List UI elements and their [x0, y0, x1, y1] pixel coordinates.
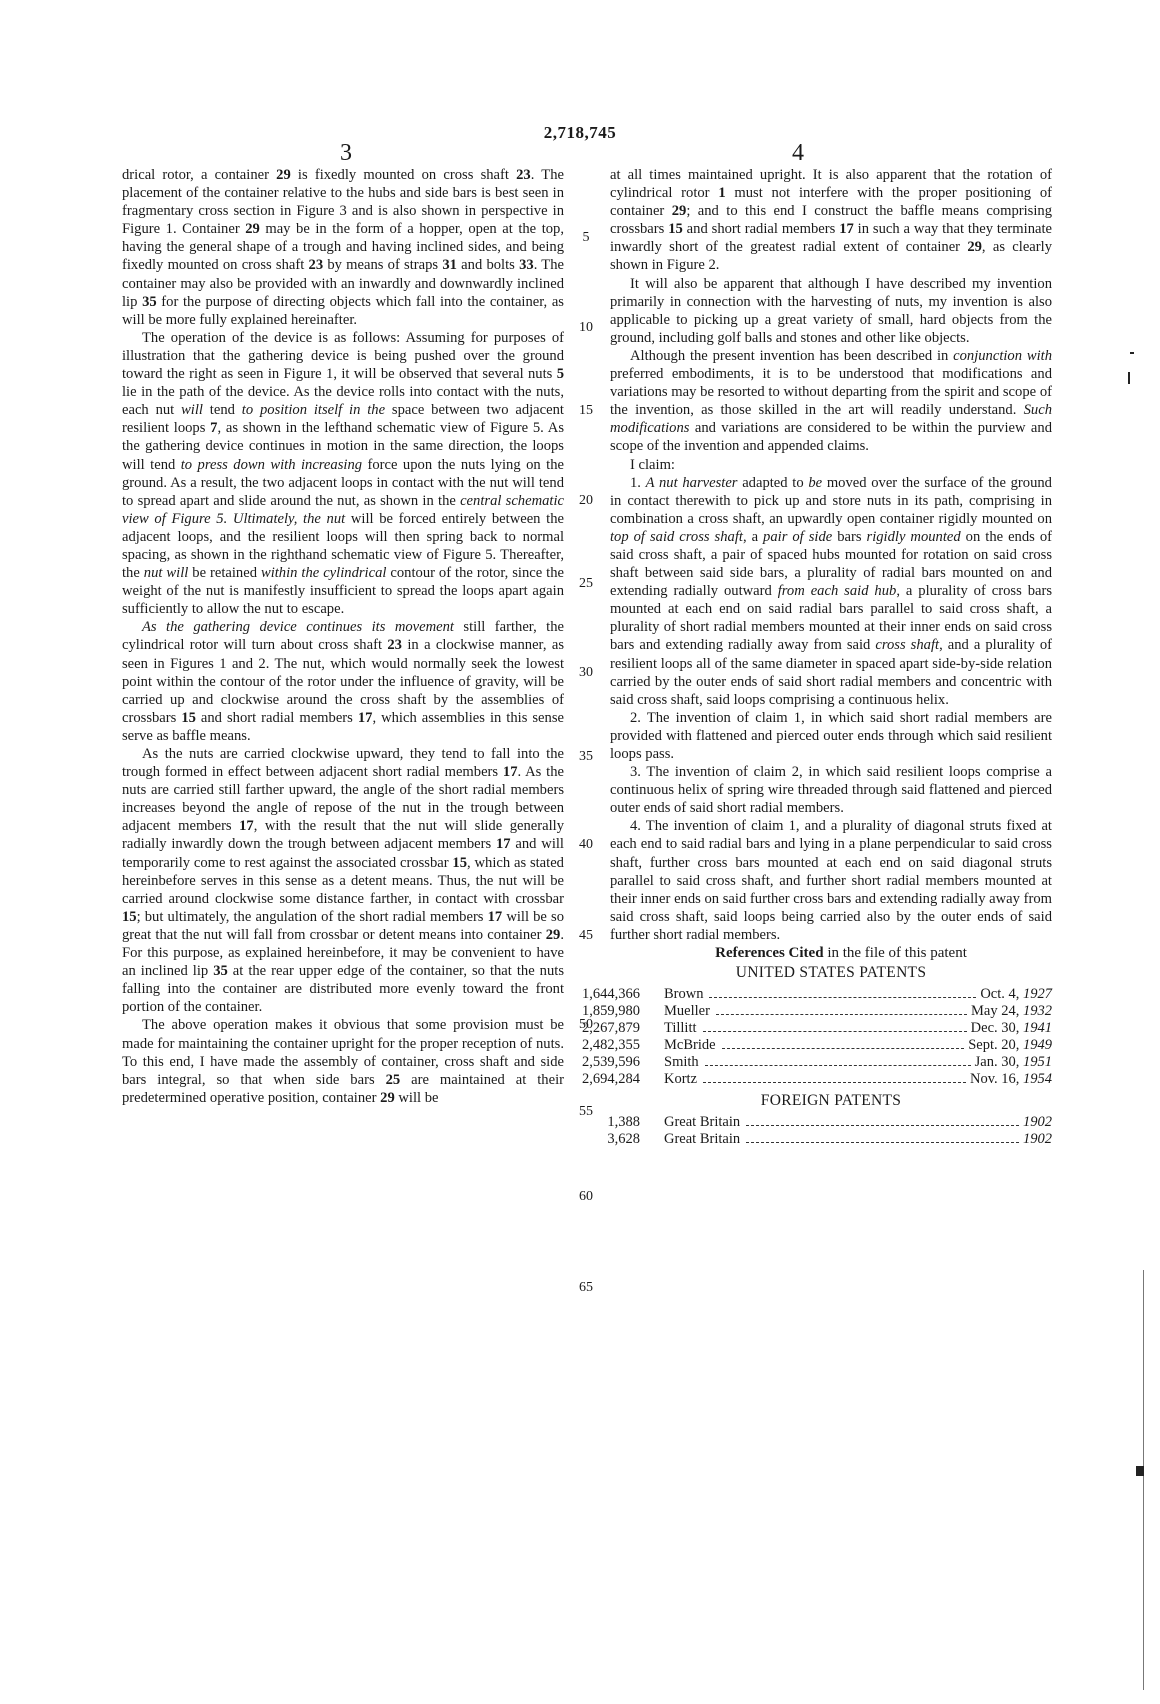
reference-row: 2,482,355McBrideSept. 20, 1949 — [610, 1037, 1052, 1054]
reference-row: 2,539,596SmithJan. 30, 1951 — [610, 1054, 1052, 1071]
foreign-patents-list: 1,388Great Britain19023,628Great Britain… — [610, 1114, 1052, 1148]
us-patents-list: 1,644,366BrownOct. 4, 19271,859,980Muell… — [610, 986, 1052, 1088]
right-column-paragraph: 2. The invention of claim 1, in which sa… — [610, 709, 1052, 763]
inventor-cell: Great Britain — [664, 1114, 1023, 1131]
line-number: 25 — [566, 576, 606, 592]
date-cell: 1902 — [1023, 1131, 1052, 1148]
column-number-right: 4 — [778, 140, 818, 167]
us-patents-heading: UNITED STATES PATENTS — [610, 964, 1052, 982]
left-column-paragraph: drical rotor, a container 29 is fixedly … — [122, 166, 564, 329]
line-number: 15 — [566, 403, 606, 419]
reference-row: 3,628Great Britain1902 — [610, 1131, 1052, 1148]
left-column: drical rotor, a container 29 is fixedly … — [122, 166, 564, 1107]
date-cell: Dec. 30, 1941 — [971, 1020, 1052, 1037]
reference-row: 1,644,366BrownOct. 4, 1927 — [610, 986, 1052, 1003]
patent-number-cell: 1,859,980 — [570, 1003, 640, 1020]
patent-number: 2,718,745 — [0, 123, 1160, 143]
date-cell: Oct. 4, 1927 — [980, 986, 1052, 1003]
right-column-paragraph: Although the present invention has been … — [610, 347, 1052, 456]
left-column-paragraph: As the gathering device continues its mo… — [122, 618, 564, 745]
inventor-cell: Smith — [664, 1054, 975, 1071]
line-number: 20 — [566, 493, 606, 509]
reference-row: 2,267,879TillittDec. 30, 1941 — [610, 1020, 1052, 1037]
inventor-cell: McBride — [664, 1037, 968, 1054]
date-cell: Nov. 16, 1954 — [970, 1071, 1052, 1088]
line-number: 65 — [566, 1280, 606, 1296]
reference-row: 1,859,980MuellerMay 24, 1932 — [610, 1003, 1052, 1020]
inventor-cell: Kortz — [664, 1071, 970, 1088]
description-and-claims: at all times maintained upright. It is a… — [610, 166, 1052, 944]
left-column-paragraph: The above operation makes it obvious tha… — [122, 1016, 564, 1106]
inventor-cell: Great Britain — [664, 1131, 1023, 1148]
date-cell: 1902 — [1023, 1114, 1052, 1131]
scan-margin-line — [1143, 1270, 1144, 1690]
references-cited: References Cited in the file of this pat… — [610, 944, 1052, 1148]
right-column-paragraph: It will also be apparent that although I… — [610, 275, 1052, 347]
foreign-patents-heading: FOREIGN PATENTS — [610, 1092, 1052, 1110]
line-number: 45 — [566, 928, 606, 944]
patent-number-cell: 2,482,355 — [570, 1037, 640, 1054]
reference-row: 1,388Great Britain1902 — [610, 1114, 1052, 1131]
right-column: at all times maintained upright. It is a… — [610, 166, 1052, 1148]
line-number: 5 — [566, 230, 606, 246]
patent-number-cell: 3,628 — [570, 1131, 640, 1148]
line-number: 40 — [566, 837, 606, 853]
patent-number-cell: 2,267,879 — [570, 1020, 640, 1037]
date-cell: Jan. 30, 1951 — [975, 1054, 1052, 1071]
inventor-cell: Brown — [664, 986, 980, 1003]
inventor-cell: Tillitt — [664, 1020, 971, 1037]
line-number: 60 — [566, 1189, 606, 1205]
patent-number-cell: 1,388 — [570, 1114, 640, 1131]
patent-number-cell: 1,644,366 — [570, 986, 640, 1003]
line-number: 10 — [566, 320, 606, 336]
scan-artifact — [1130, 352, 1134, 354]
inventor-cell: Mueller — [664, 1003, 971, 1020]
right-column-paragraph: 1. A nut harvester adapted to be moved o… — [610, 474, 1052, 709]
reference-row: 2,694,284KortzNov. 16, 1954 — [610, 1071, 1052, 1088]
right-column-paragraph: 4. The invention of claim 1, and a plura… — [610, 817, 1052, 944]
right-column-paragraph: 3. The invention of claim 2, in which sa… — [610, 763, 1052, 817]
line-number: 35 — [566, 749, 606, 765]
column-number-left: 3 — [326, 140, 366, 167]
scan-artifact — [1128, 372, 1130, 384]
references-title: References Cited in the file of this pat… — [610, 944, 1052, 962]
patent-number-cell: 2,539,596 — [570, 1054, 640, 1071]
line-number: 30 — [566, 665, 606, 681]
scan-artifact — [1136, 1466, 1144, 1476]
date-cell: Sept. 20, 1949 — [968, 1037, 1052, 1054]
right-column-paragraph: at all times maintained upright. It is a… — [610, 166, 1052, 275]
patent-number-cell: 2,694,284 — [570, 1071, 640, 1088]
date-cell: May 24, 1932 — [971, 1003, 1052, 1020]
left-column-paragraph: As the nuts are carried clockwise upward… — [122, 745, 564, 1016]
left-column-paragraph: The operation of the device is as follow… — [122, 329, 564, 619]
right-column-paragraph: I claim: — [610, 456, 1052, 474]
